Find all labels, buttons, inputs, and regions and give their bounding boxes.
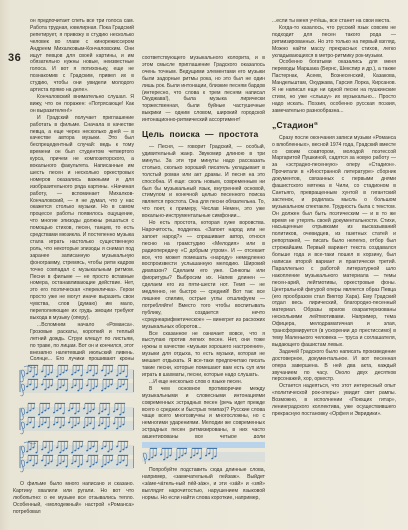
column-middle-top-text: соответствующего музыкального колорита, … [142, 55, 265, 124]
paragraph: Особенно богатыми оказались для меня пер… [272, 59, 396, 114]
column-right: ...если ты меня учтёшь, все станет на св… [272, 18, 396, 530]
column-middle-text: — Песня, — говорит Градский, — особый, у… [142, 144, 265, 438]
sheet-music-grand-staff [14, 364, 136, 478]
paragraph: Остается надеяться, что этот интересный … [272, 383, 396, 418]
column-right-top-text: ...если ты меня учтёшь, все станет на св… [272, 18, 396, 115]
paragraph: соответствующего музыкального колорита, … [142, 55, 265, 124]
sheet-music-example [142, 441, 265, 464]
column-left-bottom-text: О фильме было много написано и сказано. … [13, 481, 134, 516]
section-heading-goal: Цель поиска — простота [142, 129, 265, 139]
paragraph: Сразу после окончания записи музыки «Ром… [272, 135, 396, 349]
paragraph: Задачей Градского было написать произвед… [272, 349, 396, 384]
column-right-text: Сразу после окончания записи музыки «Ром… [272, 135, 396, 418]
paragraph: он предпочитает спеть все три голоса сам… [30, 18, 134, 94]
paragraph: Кончаловский внимательно слушал. Я вижу,… [30, 94, 134, 115]
paragraph: О фильме было много написано и сказано. … [13, 481, 134, 516]
column-left-text: он предпочитает спеть все три голоса сам… [30, 18, 134, 362]
paragraph: Все сказанное не означает вовсе, что я в… [142, 331, 265, 379]
magazine-page: 36 он предпочитает спеть все три голоса … [0, 0, 408, 530]
paragraph: ...если ты меня учтёшь, все станет на св… [272, 18, 396, 25]
paragraph: И Градский получает приглашение работать… [30, 115, 134, 322]
paragraph: Когда-то казалось, что русский язык совс… [272, 25, 396, 60]
column-left: он предпочитает спеть все три голоса сам… [30, 18, 134, 530]
paragraph: Но есть простота, которая хуже воровства… [142, 220, 265, 331]
paragraph: Попробуйте подставить сюда длинные слова… [142, 467, 265, 502]
column-middle: соответствующего музыкального колорита, … [142, 55, 265, 530]
paragraph: ...Вспомним начало «Романса». Грозовые р… [30, 322, 134, 362]
paragraph: В чем основное противоречие между музыка… [142, 386, 265, 438]
paragraph: — Песня, — говорит Градский, — особый, у… [142, 144, 265, 220]
column-middle-bottom-text: Попробуйте подставить сюда длинные слова… [142, 467, 265, 502]
section-heading-stadion: „Стадион“ [272, 120, 396, 130]
page-number: 36 [8, 52, 21, 64]
paragraph: ...И еще несколько слов о языке песен. [142, 379, 265, 386]
